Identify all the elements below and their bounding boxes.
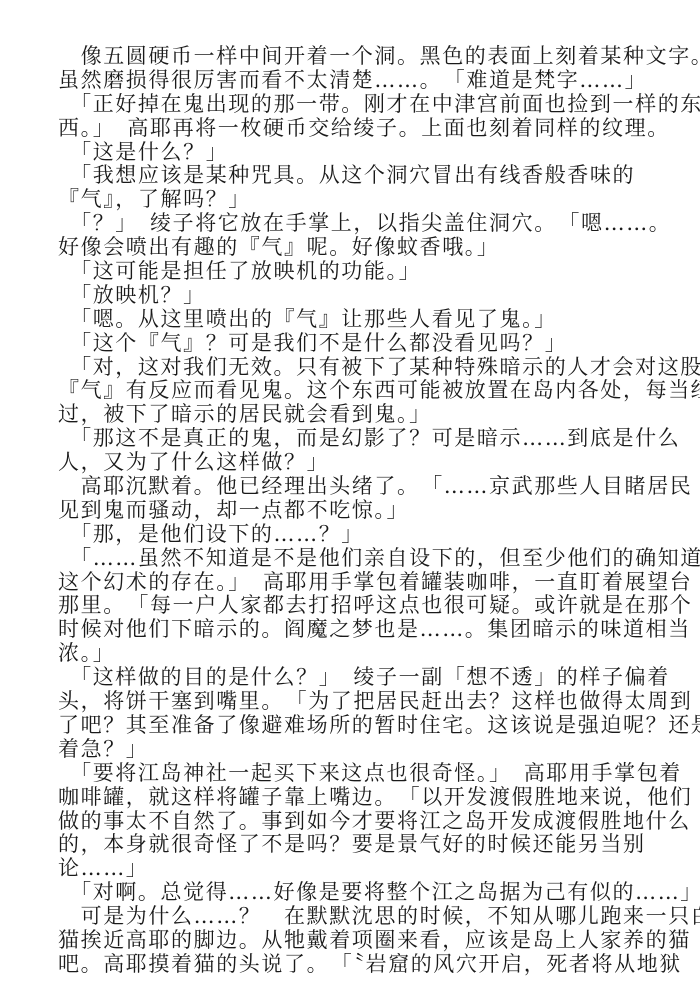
text-line: 「那这不是真正的鬼，而是幻影了？可是暗示……到底是什么 xyxy=(58,427,638,451)
text-line: 像五圆硬币一样中间开着一个洞。黑色的表面上刻着某种文字。 xyxy=(58,45,638,69)
text-line: 「我想应该是某种咒具。从这个洞穴冒出有线香般香味的 xyxy=(58,164,638,188)
text-line: 猫挨近高耶的脚边。从牠戴着项圈来看，应该是岛上人家养的猫 xyxy=(58,929,638,953)
text-line: 了吧？其至准备了像避难场所的暂时住宅。这该说是强迫呢？还是 xyxy=(58,714,638,738)
text-line: 着急？」 xyxy=(58,738,638,762)
text-line: 吧。高耶摸着猫的头说了。 「〝岩窟的风穴开启，死者将从地狱 xyxy=(58,953,638,977)
text-line: 「对，这对我们无效。只有被下了某种特殊暗示的人才会对这股 xyxy=(58,356,638,380)
text-line: 头，将饼干塞到嘴里。 「为了把居民赶出去？这样也做得太周到 xyxy=(58,690,638,714)
text-line: 「这个『气』？可是我们不是什么都没看见吗？」 xyxy=(58,332,638,356)
text-line: 见到鬼而骚动，却一点都不吃惊。」 xyxy=(58,499,638,523)
text-line: 这个幻术的存在。」 高耶用手掌包着罐装咖啡，一直盯着展望台 xyxy=(58,571,638,595)
text-line: 「这可能是担任了放映机的功能。」 xyxy=(58,260,638,284)
text-line: 西。」 高耶再将一枚硬币交给绫子。上面也刻着同样的纹理。 xyxy=(58,117,638,141)
text-line: 可是为什么……？ 在默默沈思的时候，不知从哪儿跑来一只白 xyxy=(58,905,638,929)
text-line: 咖啡罐，就这样将罐子靠上嘴边。 「以开发渡假胜地来说，他们 xyxy=(58,786,638,810)
text-line: 「要将江岛神社一起买下来这点也很奇怪。」 高耶用手掌包着 xyxy=(58,762,638,786)
text-line: 『气』，了解吗？」 xyxy=(58,188,638,212)
text-line: 「……虽然不知道是不是他们亲自设下的，但至少他们的确知道 xyxy=(58,547,638,571)
text-line: 高耶沉默着。他已经理出头绪了。 「……京武那些人目睹居民 xyxy=(58,475,638,499)
document-page: 像五圆硬币一样中间开着一个洞。黑色的表面上刻着某种文字。 虽然磨损得很厉害而看不… xyxy=(58,45,638,977)
text-line: 『气』有反应而看见鬼。这个东西可能被放置在岛内各处，每当经 xyxy=(58,379,638,403)
text-line: 「那，是他们设下的……？」 xyxy=(58,523,638,547)
text-line: 人，又为了什么这样做？」 xyxy=(58,451,638,475)
text-line: 「对啊。总觉得……好像是要将整个江之岛据为己有似的……」 xyxy=(58,881,638,905)
text-line: 论……」 xyxy=(58,857,638,881)
text-line: 「正好掉在鬼出现的那一带。刚才在中津宫前面也捡到一样的东 xyxy=(58,93,638,117)
text-line: 过，被下了暗示的居民就会看到鬼。」 xyxy=(58,403,638,427)
text-line: 「嗯。从这里喷出的『气』让那些人看见了鬼。」 xyxy=(58,308,638,332)
text-line: 虽然磨损得很厉害而看不太清楚……。 「难道是梵字……」 xyxy=(58,69,638,93)
text-line: 浓。」 xyxy=(58,642,638,666)
text-line: 时候对他们下暗示的。阎魔之梦也是……。集团暗示的味道相当 xyxy=(58,618,638,642)
text-line: 「放映机？」 xyxy=(58,284,638,308)
text-line: 那里。 「每一户人家都去打招呼这点也很可疑。或许就是在那个 xyxy=(58,594,638,618)
text-line: 「这样做的目的是什么？」 绫子一副「想不透」的样子偏着 xyxy=(58,666,638,690)
text-line: 「这是什么？」 xyxy=(58,141,638,165)
text-line: 好像会喷出有趣的『气』呢。好像蚊香哦。」 xyxy=(58,236,638,260)
text-line: 的，本身就很奇怪了不是吗？要是景气好的时候还能另当别 xyxy=(58,833,638,857)
text-line: 「？」 绫子将它放在手掌上，以指尖盖住洞穴。 「嗯……。 xyxy=(58,212,638,236)
text-line: 做的事太不自然了。事到如今才要将江之岛开发成渡假胜地什么 xyxy=(58,810,638,834)
